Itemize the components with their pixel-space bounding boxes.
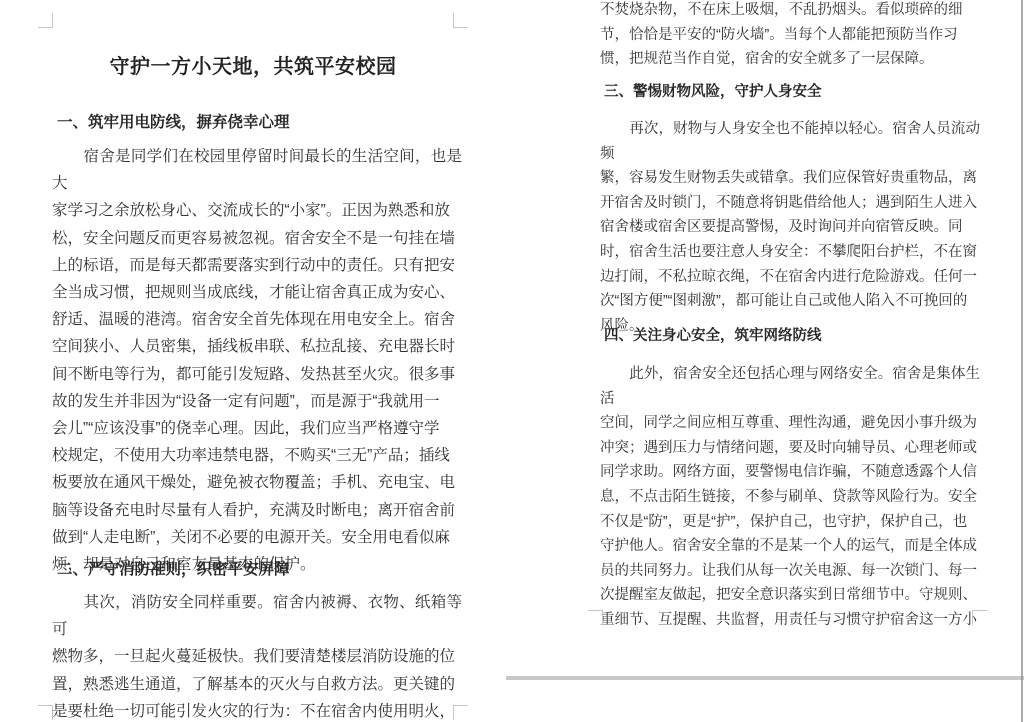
paragraph-4: 此外，宿舍安全还包括心理与网络安全。宿舍是集体生活 空间，同学之间应相互尊重、理… xyxy=(600,362,980,633)
crop-mark-bottom-right-icon xyxy=(972,610,987,625)
crop-mark-bottom-left-icon xyxy=(588,610,603,625)
crop-mark-bottom-left-icon xyxy=(38,705,53,720)
section-heading-3: 三、警惕财物风险，守护人身安全 xyxy=(604,80,822,101)
document-title: 守护一方小天地，共筑平安校园 xyxy=(52,50,454,79)
crop-mark-top-right-icon xyxy=(453,13,468,28)
section-heading-2: 二、严守消防准则，织密平安屏障 xyxy=(57,557,290,579)
paragraph-2: 其次，消防安全同样重要。宿舍内被褥、衣物、纸箱等可 燃物多，一旦起火蔓延极快。我… xyxy=(52,589,462,722)
page-bottom-edge-divider xyxy=(506,676,1024,680)
crop-mark-top-left-icon xyxy=(38,13,53,28)
paragraph-3: 再次，财物与人身安全也不能掉以轻心。宿舍人员流动频 繁，容易发生财物丢失或错拿。… xyxy=(600,117,980,338)
document-canvas: 守护一方小天地，共筑平安校园 一、筑牢用电防线，摒弃侥幸心理 宿舍是同学们在校园… xyxy=(0,0,1024,722)
paragraph-2-continued: 不焚烧杂物，不在床上吸烟，不乱扔烟头。看似琐碎的细 节，恰恰是平安的“防火墙”。… xyxy=(600,0,980,72)
section-heading-4: 四、关注身心安全，筑牢网络防线 xyxy=(604,324,822,345)
section-heading-1: 一、筑牢用电防线，摒弃侥幸心理 xyxy=(57,110,290,132)
paragraph-1: 宿舍是同学们在校园里停留时间最长的生活空间，也是大 家学习之余放松身心、交流成长… xyxy=(52,143,462,578)
viewport-right-edge-line xyxy=(1021,0,1023,722)
